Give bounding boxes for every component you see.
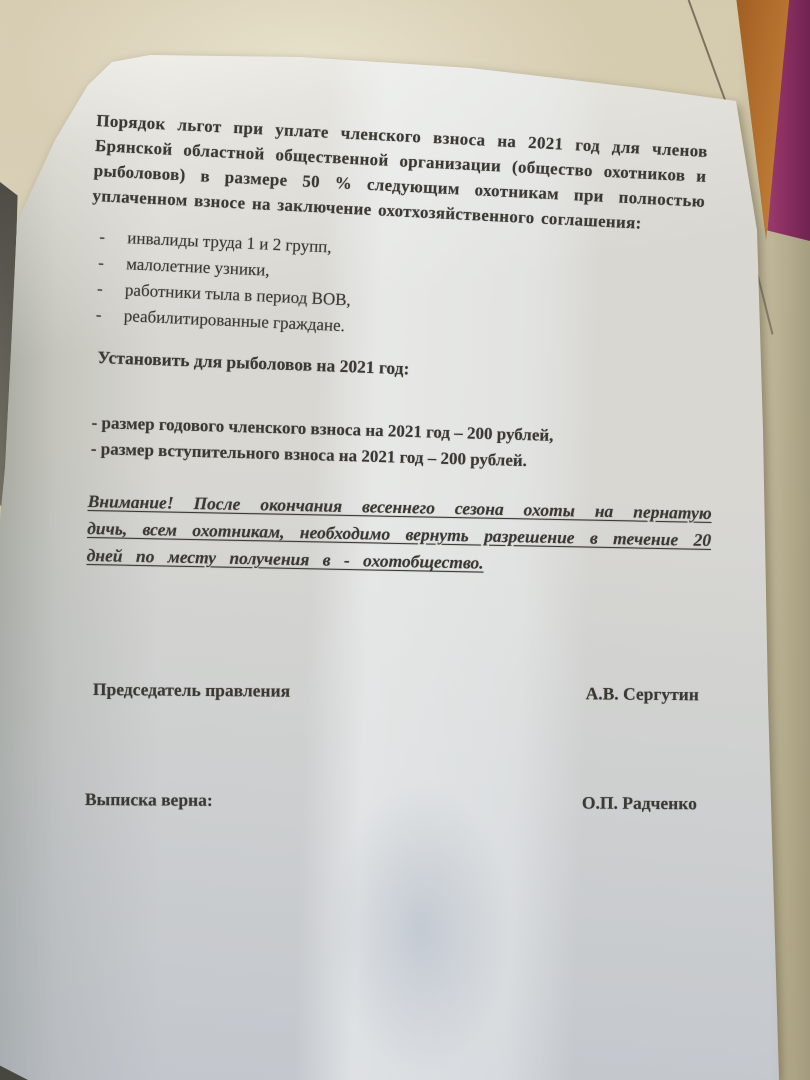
signature-title: Выписка верна:	[85, 789, 213, 811]
fee-lines: - размер годового членского взноса на 20…	[91, 410, 742, 480]
bullet-dash: -	[95, 302, 124, 329]
benefit-list: - инвалиды труда 1 и 2 групп, - малолетн…	[95, 224, 659, 353]
document-photo: Порядок льгот при уплате членского взнос…	[0, 0, 810, 1080]
signature-row-copy-correct: Выписка верна: О.П. Радченко	[85, 789, 697, 814]
document-content: Порядок льгот при уплате членского взнос…	[0, 0, 810, 1080]
bullet-dash: -	[98, 250, 127, 277]
signature-name: О.П. Радченко	[582, 792, 697, 814]
intro-paragraph: Порядок льгот при уплате членского взнос…	[92, 108, 708, 239]
bullet-dash: -	[99, 224, 128, 251]
signature-row-chairman: Председатель правления А.В. Сергутин	[93, 679, 699, 705]
signature-name: А.В. Сергутин	[586, 683, 699, 705]
set-for-anglers-heading: Установить для рыболовов на 2021 год:	[97, 347, 697, 390]
bullet-dash: -	[96, 276, 125, 303]
signature-title: Председатель правления	[93, 679, 290, 702]
attention-paragraph: Внимание! После окончания весеннего сезо…	[86, 488, 711, 581]
